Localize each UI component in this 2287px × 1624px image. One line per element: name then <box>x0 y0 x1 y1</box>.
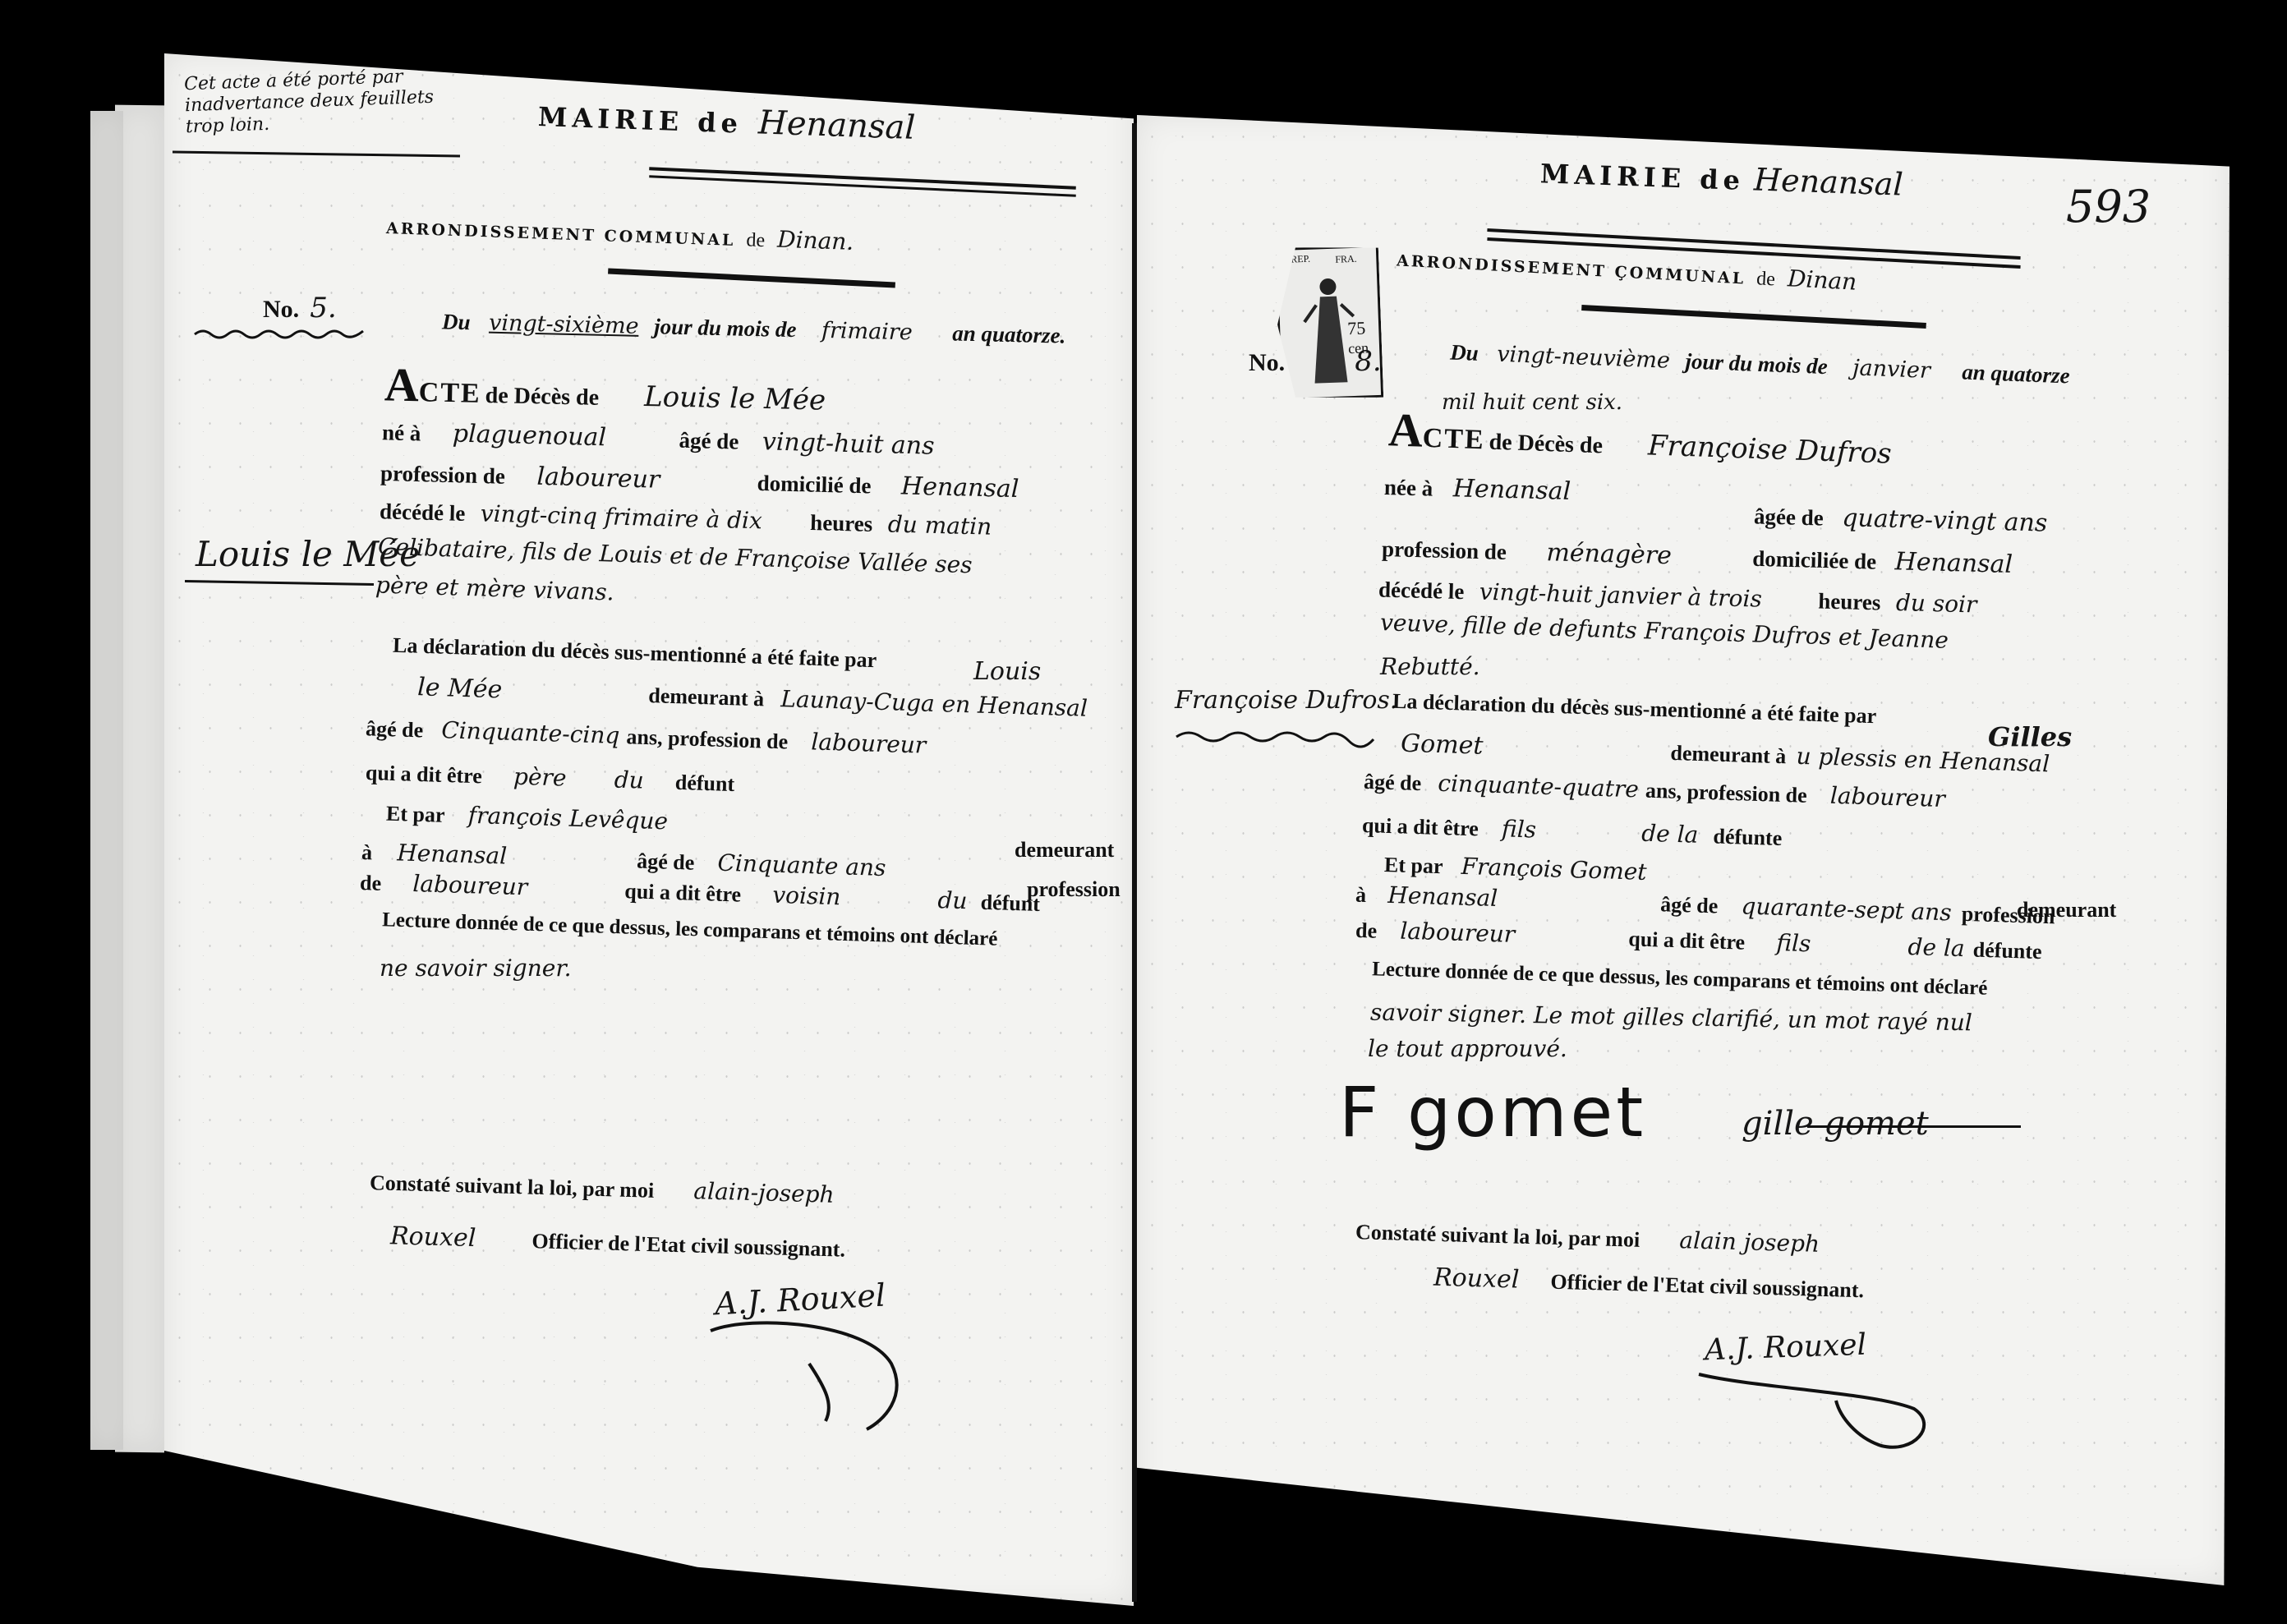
residing-2-label: demeurant <box>1015 838 1114 863</box>
mairie-name-right: Henansal <box>1753 161 1903 202</box>
acte-title: ACTE de Décès de Louis le Mée <box>384 357 826 421</box>
witness-signature-1: F gomet <box>1339 1072 1646 1152</box>
book-gutter <box>1132 123 1137 1602</box>
deceased-name: Louis le Mée <box>644 380 826 417</box>
folio-number: 593 <box>2066 181 2151 232</box>
act-number-right: No. 8. <box>1249 345 1382 378</box>
flourish-icon <box>193 324 366 343</box>
margin-note: Cet acte a été porté par inadvertance de… <box>184 66 435 139</box>
witness-signature-2: gille gomet <box>1742 1105 1929 1143</box>
margin-deceased-name-right: Françoise Dufros. <box>1175 686 1397 715</box>
underlying-page-edge-2 <box>90 111 123 1450</box>
born-line-right: née à Henansal <box>1384 472 1571 506</box>
act-number: No. 5. <box>263 292 337 324</box>
signature-flourish-icon-right <box>1692 1368 1939 1458</box>
reading-hand-right-2: le tout approuvé. <box>1368 1035 1567 1062</box>
reading-hand: ne savoir signer. <box>380 955 572 982</box>
signature-flourish-icon <box>702 1314 916 1438</box>
profession-2-label: profession <box>1027 877 1120 902</box>
deceased-name-right: Françoise Dufros <box>1647 429 1892 470</box>
status-line-2-right: Rebutté. <box>1380 653 1480 680</box>
declarant-1a: Louis <box>973 657 1041 686</box>
witness-signature-rule <box>1807 1125 2021 1128</box>
flourish-icon-right <box>1175 727 1380 752</box>
mairie-name: Henansal <box>757 104 916 147</box>
officer-signature-right: A.J. Rouxel <box>1704 1328 1866 1368</box>
